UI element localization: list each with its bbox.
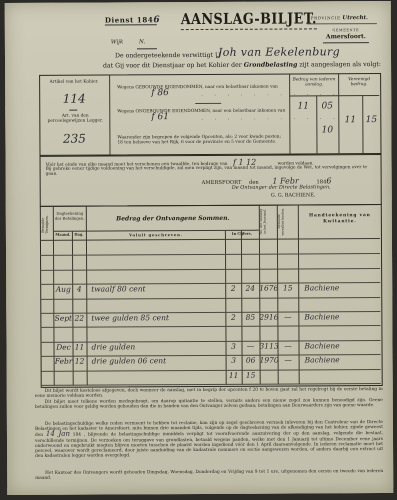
written-amount-cell	[87, 298, 229, 299]
written-amount-cell	[87, 241, 229, 242]
written-amount-cell	[87, 270, 229, 271]
dot-leader: · · · · · · · · · · ·	[201, 92, 339, 99]
header-paid-costs: Betaalde vervallen-kosten.	[278, 206, 298, 236]
combined-amount-label: Vereenigd bedrag.	[339, 77, 379, 88]
province: Provincie Utrecht.	[311, 15, 368, 21]
built-property-text: Wegens GEBOUWDE EIGENDOMMEN, naar een be…	[117, 85, 287, 91]
province-rule	[307, 23, 377, 24]
footer-text: 184 , blijvende de belastingschuldige in…	[35, 431, 383, 459]
surcharges-text: Waaronder zijn begrepen de volgende Opce…	[117, 135, 285, 146]
header-journal-number: No. der boeking in het Journaal.	[260, 207, 277, 237]
journal-number-cell: 2916	[259, 313, 277, 322]
article-rule	[69, 110, 77, 111]
costs-cell: —	[278, 356, 299, 365]
publication-date: 14 Jan	[46, 430, 70, 438]
footer-paragraph-3: De belastingschuldige welke reden vermee…	[35, 420, 383, 459]
built-amount-guilders: 11	[291, 101, 315, 111]
combined-amount-cents: 15	[363, 115, 379, 125]
month-cell: Sept	[54, 314, 72, 323]
signature-cell: Bachiene	[301, 355, 385, 364]
written-amount-cell: twaalf 80 cent	[87, 284, 229, 294]
day-cell: 11	[72, 342, 86, 351]
cents-cell: 15	[242, 370, 260, 379]
intro-text-c: zijt aangeslagen als volgt:	[299, 61, 381, 68]
dot-leader: · · · · · · · · · · ·	[201, 116, 339, 123]
header-amount-received: Bedrag der Ontvangene Sommen.	[87, 215, 259, 223]
number-label: N.	[139, 39, 145, 45]
written-amount-cell	[87, 255, 229, 256]
guilders-cell: 2	[225, 284, 241, 293]
province-label: Provincie	[311, 15, 341, 20]
province-value: Utrecht.	[342, 15, 368, 21]
journal-number-cell: 1676	[259, 284, 277, 293]
table-row: 1115	[41, 369, 381, 386]
decorative-rule	[105, 24, 157, 27]
header-in-figures: In Cijfers.	[225, 232, 259, 236]
written-amount-cell	[88, 370, 230, 371]
costs-cell: —	[277, 312, 298, 321]
month-cell: Dec	[54, 342, 72, 351]
taxpayer-name: Joh van Eekelenburg	[218, 45, 340, 59]
header-paid-terms: Betaalde Termijnen.	[41, 213, 53, 237]
costs-cell: —	[277, 341, 298, 350]
signature-cell: Bachiene	[300, 312, 384, 321]
header-signature: Handteekening van Kwitantie.	[300, 213, 380, 225]
signatory-name: G. G. BACHIENE.	[271, 192, 316, 198]
cents-cell: —	[241, 341, 259, 350]
combined-amount-guilders: 11	[339, 115, 361, 125]
tax-type: Grondbelasting	[244, 61, 298, 68]
guilders-cell: 3	[226, 356, 242, 365]
intro-line-1: De ondergeteekende verwittigt U	[115, 52, 220, 60]
footer-paragraph-4: Het Kantoor des Ontvangers wordt gehoude…	[35, 469, 383, 481]
intro-line-2: dat Gij voor dit Dienstjaar op het Kohie…	[103, 61, 381, 69]
month-cell: Aug	[54, 285, 72, 294]
municipality-value: Amersfoort.	[311, 33, 381, 40]
tax-assessment-document: Dienst 1846 AANSLAG-BILJET. Provincie Ut…	[5, 1, 394, 495]
header-written-out: Voluit geschreven.	[87, 232, 225, 238]
month-cell: Febr	[55, 357, 73, 366]
unbuilt-property-text: Wegens ONGEBOUWDE EIGENDOMMEN, naar een …	[117, 109, 287, 115]
unbuilt-property-value: f 61	[151, 112, 169, 122]
individual-amount-label: Bedrag van iederen aanslag.	[290, 77, 338, 88]
service-year-label: Dienst 184	[105, 15, 154, 24]
cents-cell: 06	[242, 356, 260, 365]
journal-number-cell: 3113	[259, 341, 277, 350]
section-rule	[195, 103, 221, 104]
number-underline	[137, 48, 157, 49]
footer-paragraph-2: Dit biljet moet telkens worden medegebra…	[35, 398, 383, 410]
parcel-article-value: 235	[41, 131, 107, 145]
table-body: Aug4twaalf 80 cent224167615BachieneSept2…	[5, 1, 391, 3]
municipality-rule	[323, 42, 369, 43]
guilders-cell: 11	[226, 370, 242, 379]
written-amount-cell	[87, 327, 229, 328]
costs-cell: 15	[277, 284, 298, 293]
parcel-article-label: Art. van den perceelsgewijzen Legger.	[45, 113, 105, 124]
document-title: AANSLAG-BILJET.	[181, 9, 317, 28]
header-day: Dag.	[72, 233, 86, 237]
article-value: 114	[41, 91, 107, 105]
unbuilt-amount-cents: 10	[317, 125, 337, 135]
header-month: Maand.	[54, 233, 72, 237]
signature-cell: Bachiene	[300, 283, 384, 292]
ward: Wijk N.	[111, 39, 145, 45]
subheader-rule	[54, 231, 86, 232]
written-amount-cell: drie gulden	[87, 342, 229, 352]
municipality-label: Gemeente	[321, 28, 371, 32]
ward-label: Wijk	[111, 39, 123, 45]
written-amount-cell: drie gulden 06 cent	[88, 356, 230, 366]
signatory-title: De Ontvanger der Directe Belastingen,	[232, 184, 331, 191]
article-label: Artikel van het Kohier.	[41, 79, 107, 85]
guilders-cell: 3	[225, 342, 241, 351]
built-amount-cents: 05	[317, 101, 337, 111]
signature-cell: Bachiene	[300, 341, 384, 350]
day-cell: 4	[72, 285, 86, 294]
intro-text-a: dat Gij voor dit Dienstjaar op het Kohie…	[103, 62, 242, 70]
built-property-value: f 86	[151, 88, 169, 98]
cents-cell: 85	[241, 313, 259, 322]
journal-number-cell: 1970	[260, 356, 278, 365]
day-cell: 12	[73, 357, 87, 366]
day-cell: 22	[72, 314, 86, 323]
written-amount-cell: twee gulden 85 cent	[87, 313, 229, 323]
title-rule	[181, 28, 317, 30]
guilders-cell: 2	[225, 313, 241, 322]
header-payment-date: Dagteekening der Betalingen.	[54, 212, 86, 221]
intro-text: De ondergeteekende verwittigt U	[115, 52, 220, 60]
cents-cell: 24	[241, 284, 259, 293]
